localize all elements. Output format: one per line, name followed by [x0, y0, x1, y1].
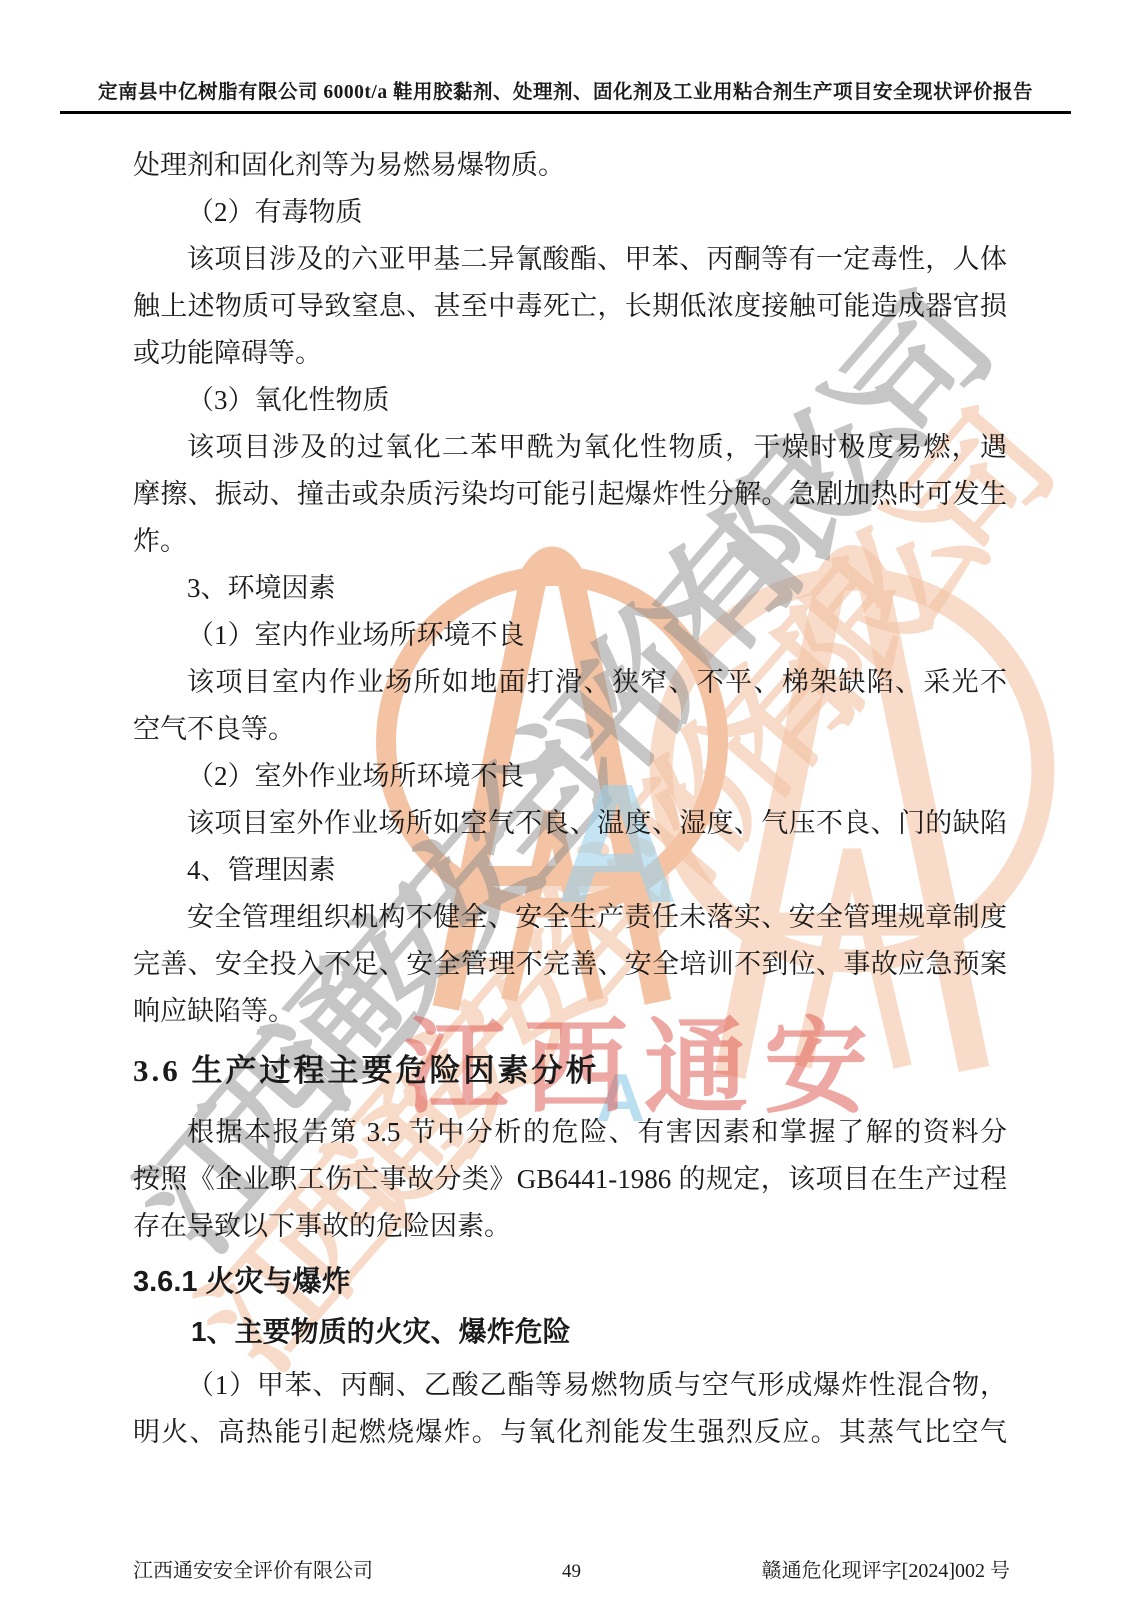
text-line: （1）甲苯、丙酮、乙酸乙酯等易燃物质与空气形成爆炸性混合物，遇	[133, 1362, 1007, 1409]
text-line: 处理剂和固化剂等为易燃易爆物质。	[133, 142, 1007, 189]
subsection-heading: 3.6.1 火灾与爆炸	[133, 1262, 1007, 1302]
text-line: 炸。	[133, 518, 1007, 565]
body-text: 处理剂和固化剂等为易燃易爆物质。 （2）有毒物质 该项目涉及的六亚甲基二异氰酸酯…	[0, 114, 1131, 1456]
text-line: 明火、高热能引起燃烧爆炸。与氧化剂能发生强烈反应。其蒸气比空气重，	[133, 1409, 1007, 1456]
text-line: 3、环境因素	[133, 565, 1007, 612]
text-line: 空气不良等。	[133, 706, 1007, 753]
text-line: （1）室内作业场所环境不良	[133, 612, 1007, 659]
text-line: 安全管理组织机构不健全、安全生产责任未落实、安全管理规章制度不	[133, 894, 1007, 941]
document-page: 江西通安安全评价有限公司 江西通安安全评价有限公司 A A 江西通安 定南县中亿…	[0, 0, 1131, 1600]
text-line: 该项目涉及的六亚甲基二异氰酸酯、甲苯、丙酮等有一定毒性，人体接	[133, 236, 1007, 283]
sub-subsection-heading: 1、主要物质的火灾、爆炸危险	[133, 1312, 1007, 1352]
text-line: 该项目涉及的过氧化二苯甲酰为氧化性物质，干燥时极度易燃，遇热、	[133, 424, 1007, 471]
document-content: 定南县中亿树脂有限公司 6000t/a 鞋用胶黏剂、处理剂、固化剂及工业用粘合剂…	[0, 76, 1131, 1456]
text-line: 根据本报告第 3.5 节中分析的危险、有害因素和掌握了解的资料分析，	[133, 1109, 1007, 1156]
text-line: 响应缺陷等。	[133, 988, 1007, 1035]
text-line: 4、管理因素	[133, 847, 1007, 894]
page-header-title: 定南县中亿树脂有限公司 6000t/a 鞋用胶黏剂、处理剂、固化剂及工业用粘合剂…	[60, 76, 1071, 114]
text-line: 完善、安全投入不足、安全管理不完善、安全培训不到位、事故应急预案及	[133, 941, 1007, 988]
text-line: 或功能障碍等。	[133, 330, 1007, 377]
text-line: （3）氧化性物质	[133, 377, 1007, 424]
page-footer: 江西通安安全评价有限公司 49 赣通危化现评字[2024]002 号	[0, 1554, 1131, 1583]
text-line: 该项目室内作业场所如地面打滑、狭窄、不平、梯架缺陷、采光不良、	[133, 659, 1007, 706]
footer-doc-number: 赣通危化现评字[2024]002 号	[581, 1554, 1010, 1583]
text-line: 摩擦、振动、撞击或杂质污染均可能引起爆炸性分解。急剧加热时可发生爆	[133, 471, 1007, 518]
text-line: （2）室外作业场所环境不良	[133, 753, 1007, 800]
footer-company: 江西通安安全评价有限公司	[133, 1554, 562, 1583]
text-line: 按照《企业职工伤亡事故分类》GB6441-1986 的规定，该项目在生产过程中	[133, 1156, 1007, 1203]
text-line: 触上述物质可导致窒息、甚至中毒死亡，长期低浓度接触可能造成器官损伤	[133, 283, 1007, 330]
text-line: 该项目室外作业场所如空气不良、温度、湿度、气压不良、门的缺陷等。	[133, 800, 1007, 847]
footer-page-number: 49	[562, 1561, 581, 1583]
text-line: 存在导致以下事故的危险因素。	[133, 1203, 1007, 1250]
section-heading: 3.6 生产过程主要危险因素分析	[133, 1049, 1007, 1093]
text-line: （2）有毒物质	[133, 189, 1007, 236]
